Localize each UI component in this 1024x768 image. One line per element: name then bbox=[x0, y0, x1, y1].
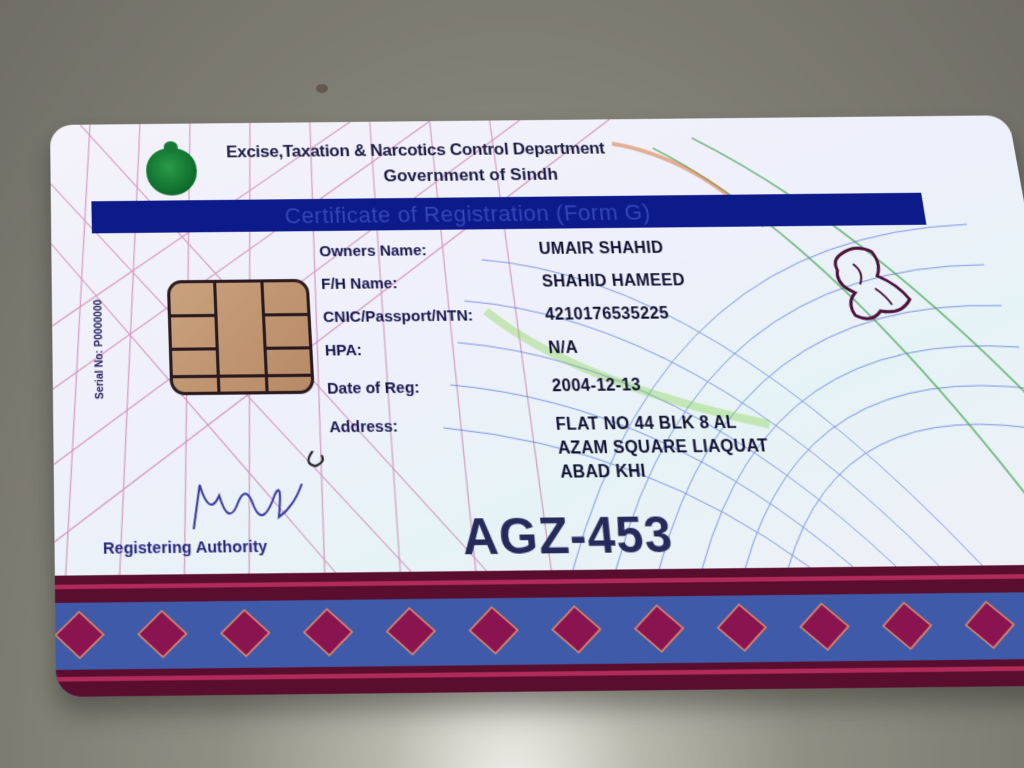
field-label: F/H Name: bbox=[321, 275, 398, 293]
field-label: Owners Name: bbox=[319, 242, 427, 260]
field-label: Date of Reg: bbox=[327, 379, 421, 398]
field-label: HPA: bbox=[324, 342, 362, 360]
serial-number: Serial No: P0000000 bbox=[93, 299, 106, 399]
address-line: ABAD KHI bbox=[559, 463, 647, 484]
registration-number: AGZ-453 bbox=[460, 504, 676, 567]
field-value: UMAIR SHAHID bbox=[538, 240, 664, 260]
table-spot bbox=[316, 84, 328, 93]
field-label: Address: bbox=[329, 418, 399, 437]
field-value: 2004-12-13 bbox=[551, 377, 642, 397]
government-title: Government of Sindh bbox=[383, 165, 559, 187]
department-title: Excise,Taxation & Narcotics Control Depa… bbox=[226, 139, 606, 162]
registering-authority-caption: Registering Authority bbox=[103, 537, 268, 558]
sindh-map-icon bbox=[819, 243, 924, 326]
registration-card: Excise,Taxation & Narcotics Control Depa… bbox=[50, 115, 1024, 697]
signature-icon bbox=[175, 451, 339, 541]
address-line: AZAM SQUARE LIAQUAT bbox=[557, 437, 770, 459]
address-line: FLAT NO 44 BLK 8 AL bbox=[555, 414, 738, 435]
field-label: CNIC/Passport/NTN: bbox=[323, 307, 474, 326]
decorative-border bbox=[55, 564, 1024, 697]
field-value: N/A bbox=[548, 339, 579, 358]
field-value: 4210176535225 bbox=[544, 305, 669, 325]
certificate-banner-text: Certificate of Registration (Form G) bbox=[284, 200, 652, 230]
field-value: SHAHID HAMEED bbox=[541, 272, 686, 292]
sim-chip-icon bbox=[167, 279, 315, 395]
